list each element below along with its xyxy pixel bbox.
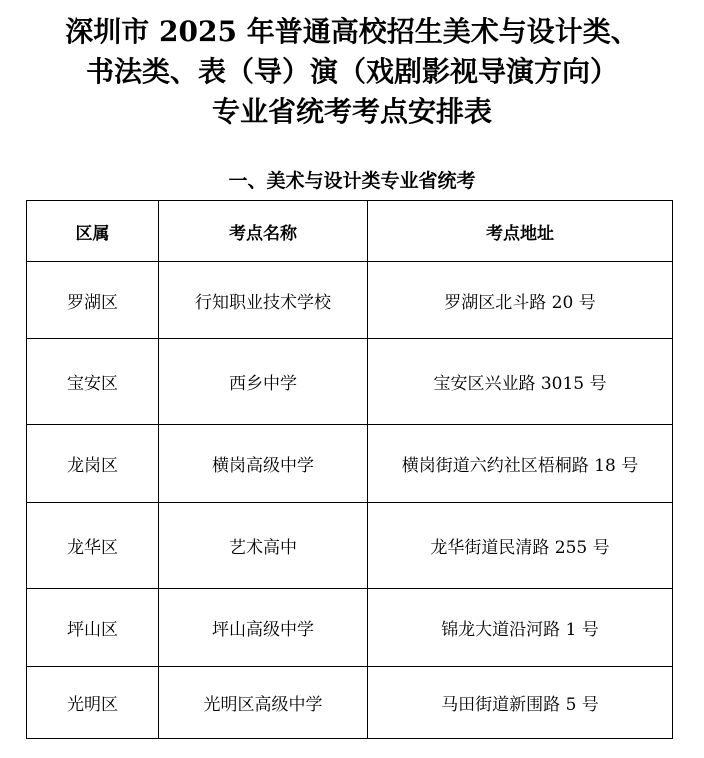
- district-cell: 龙岗区: [27, 425, 159, 503]
- section-heading: 一、美术与设计类专业省统考: [0, 167, 704, 195]
- header-district: 区属: [27, 201, 159, 262]
- document-title-line-1: 深圳市 2025 年普通高校招生美术与设计类、: [0, 12, 704, 52]
- exam-venue-table: 区属 考点名称 考点地址 罗湖区行知职业技术学校罗湖区北斗路 20 号宝安区西乡…: [26, 200, 673, 739]
- table-row: 坪山区坪山高级中学锦龙大道沿河路 1 号: [27, 589, 673, 667]
- venue-address-cell: 锦龙大道沿河路 1 号: [368, 589, 673, 667]
- header-venue-name: 考点名称: [159, 201, 368, 262]
- table-row: 光明区光明区高级中学马田街道新围路 5 号: [27, 667, 673, 739]
- table-row: 宝安区西乡中学宝安区兴业路 3015 号: [27, 339, 673, 425]
- document-title-line-3: 专业省统考考点安排表: [0, 92, 704, 132]
- venue-name-cell: 光明区高级中学: [159, 667, 368, 739]
- district-cell: 坪山区: [27, 589, 159, 667]
- district-cell: 罗湖区: [27, 262, 159, 339]
- venue-name-cell: 艺术高中: [159, 503, 368, 589]
- table-row: 罗湖区行知职业技术学校罗湖区北斗路 20 号: [27, 262, 673, 339]
- venue-address-cell: 罗湖区北斗路 20 号: [368, 262, 673, 339]
- table-row: 龙岗区横岗高级中学横岗街道六约社区梧桐路 18 号: [27, 425, 673, 503]
- venue-address-cell: 宝安区兴业路 3015 号: [368, 339, 673, 425]
- district-cell: 龙华区: [27, 503, 159, 589]
- venue-address-cell: 马田街道新围路 5 号: [368, 667, 673, 739]
- table-row: 龙华区艺术高中龙华街道民清路 255 号: [27, 503, 673, 589]
- header-venue-address: 考点地址: [368, 201, 673, 262]
- document-title-line-2: 书法类、表（导）演（戏剧影视导演方向）: [0, 52, 704, 92]
- venue-name-cell: 坪山高级中学: [159, 589, 368, 667]
- district-cell: 宝安区: [27, 339, 159, 425]
- venue-address-cell: 龙华街道民清路 255 号: [368, 503, 673, 589]
- venue-address-cell: 横岗街道六约社区梧桐路 18 号: [368, 425, 673, 503]
- venue-name-cell: 西乡中学: [159, 339, 368, 425]
- table-header-row: 区属 考点名称 考点地址: [27, 201, 673, 262]
- district-cell: 光明区: [27, 667, 159, 739]
- venue-name-cell: 横岗高级中学: [159, 425, 368, 503]
- venue-name-cell: 行知职业技术学校: [159, 262, 368, 339]
